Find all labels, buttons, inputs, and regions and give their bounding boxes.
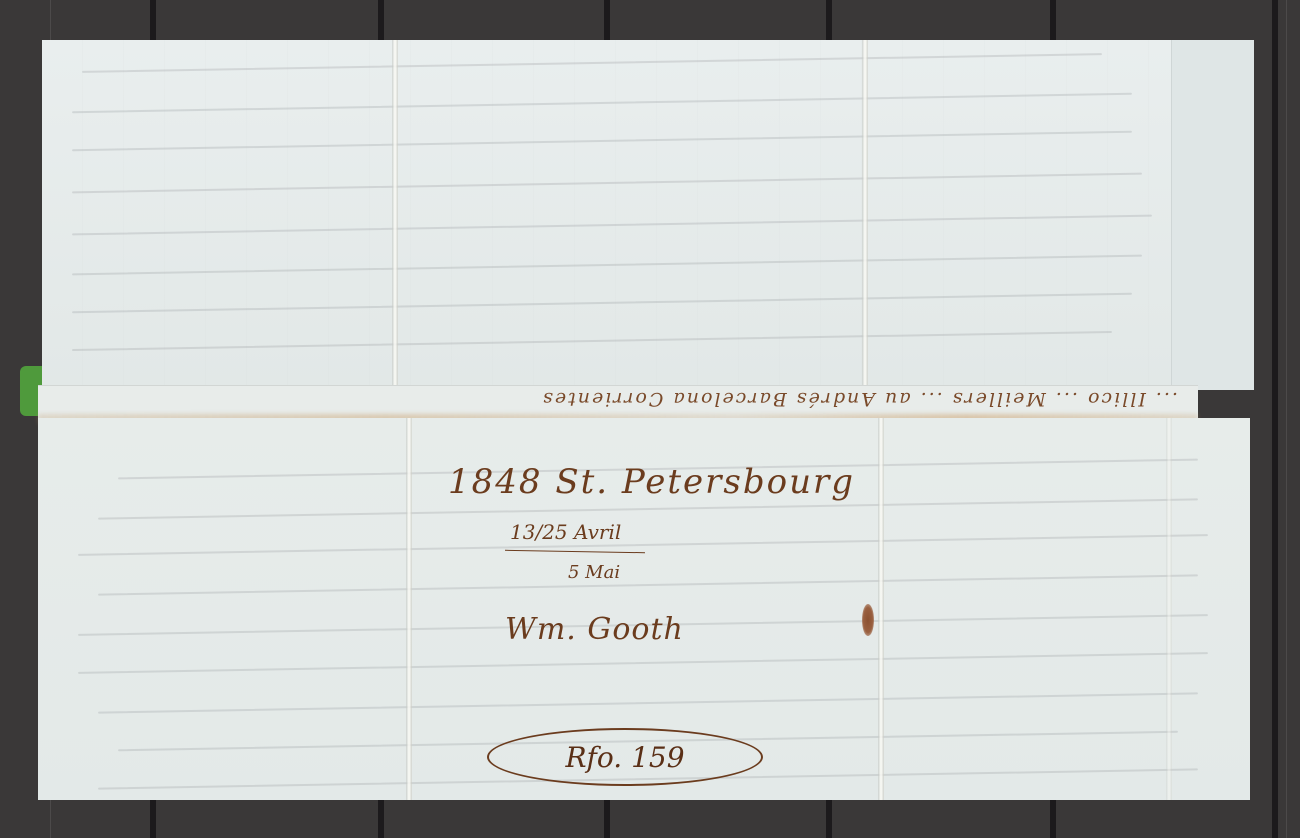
fold-crease bbox=[1166, 418, 1172, 800]
fold-crease bbox=[878, 418, 884, 800]
fold-crease bbox=[406, 418, 412, 800]
folded-letter: ... Illico ... Meillers ... au Andrés Ba… bbox=[38, 40, 1254, 800]
docket-received-date: 13/25 Avril bbox=[510, 520, 621, 544]
fold-crease bbox=[862, 40, 868, 390]
docket-sender-name: Wm. Gooth bbox=[505, 612, 684, 647]
sealing-flap: ... Illico ... Meillers ... au Andrés Ba… bbox=[38, 385, 1198, 419]
reference-number: Rfo. 159 bbox=[565, 741, 684, 774]
paper-edge-strip bbox=[1171, 40, 1254, 390]
docket-answered-date: 5 Mai bbox=[568, 562, 620, 583]
flap-handwriting: ... Illico ... Meillers ... au Andrés Ba… bbox=[52, 388, 1178, 410]
docket-year-city: 1848 St. Petersbourg bbox=[448, 462, 855, 502]
letter-top-panel bbox=[42, 40, 1254, 390]
reference-oval-stamp: Rfo. 159 bbox=[487, 728, 763, 786]
fold-crease bbox=[392, 40, 398, 390]
ink-stain bbox=[862, 604, 874, 636]
